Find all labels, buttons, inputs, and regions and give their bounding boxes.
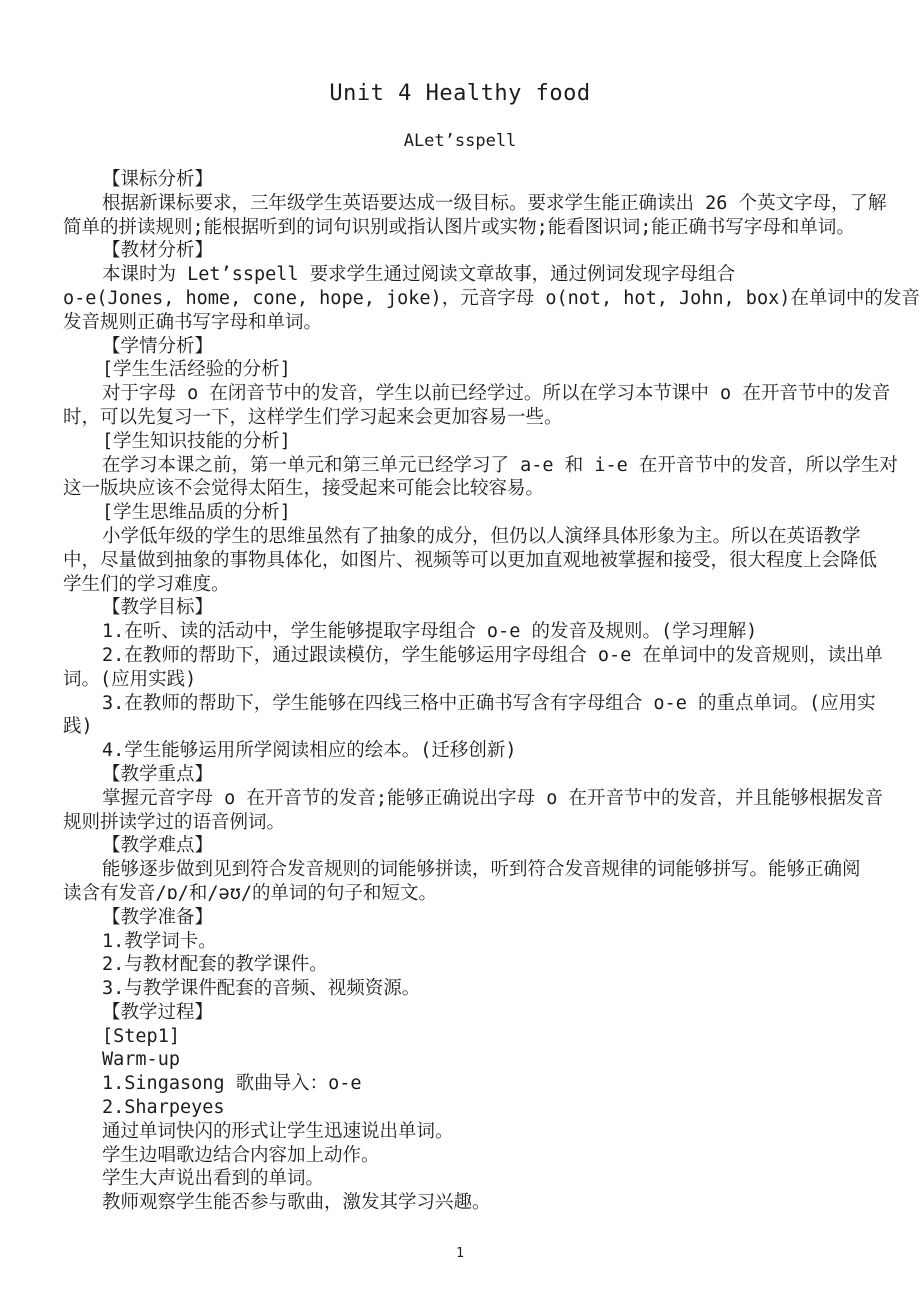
text-line: 2.在教师的帮助下，通过跟读模仿，学生能够运用字母组合 o-e 在单词中的发音规…	[63, 644, 857, 668]
document-subtitle: ALet’sspell	[0, 131, 920, 151]
subsection-header-line: [Step1]	[63, 1025, 857, 1049]
text-line: 教师观察学生能否参与歌曲，激发其学习兴趣。	[63, 1191, 857, 1215]
section-header-line: 【教学过程】	[63, 1001, 857, 1025]
section-header-line: 【教学准备】	[63, 906, 857, 930]
text-line: 3.在教师的帮助下，学生能够在四线三格中正确书写含有字母组合 o-e 的重点单词…	[63, 692, 857, 716]
section-header-line: 【学情分析】	[63, 335, 857, 359]
text-line: 时，可以先复习一下，这样学生们学习起来会更加容易一些。	[63, 406, 857, 430]
text-line: 能够逐步做到见到符合发音规则的词能够拼读，听到符合发音规律的词能够拼写。能够正确…	[63, 858, 857, 882]
text-line: 1.Singasong 歌曲导入：o-e	[63, 1072, 857, 1096]
section-header-line: 【教材分析】	[63, 239, 857, 263]
section-header-line: 【课标分析】	[63, 168, 857, 192]
text-line: 2.与教材配套的教学课件。	[63, 953, 857, 977]
text-line: 在学习本课之前，第一单元和第三单元已经学习了 a-e 和 i-e 在开音节中的发…	[63, 454, 857, 478]
section-header-line: 【教学难点】	[63, 834, 857, 858]
text-line: o-e(Jones, home, cone, hope, joke)，元音字母 …	[63, 287, 857, 311]
subsection-header-line: [学生生活经验的分析]	[63, 358, 857, 382]
text-line: 通过单词快闪的形式让学生迅速说出单词。	[63, 1120, 857, 1144]
text-line: Warm-up	[63, 1048, 857, 1072]
text-line: 1.在听、读的活动中，学生能够提取字母组合 o-e 的发音及规则。(学习理解)	[63, 620, 857, 644]
text-line: 词。(应用实践)	[63, 668, 857, 692]
text-line: 根据新课标要求，三年级学生英语要达成一级目标。要求学生能正确读出 26 个英文字…	[63, 192, 857, 216]
subsection-header-line: [学生思维品质的分析]	[63, 501, 857, 525]
text-line: 践)	[63, 715, 857, 739]
text-line: 规则拼读学过的语音例词。	[63, 811, 857, 835]
page-number: 1	[0, 1246, 920, 1261]
section-header-line: 【教学重点】	[63, 763, 857, 787]
text-line: 2.Sharpeyes	[63, 1096, 857, 1120]
text-line: 简单的拼读规则;能根据听到的词句识别或指认图片或实物;能看图识词;能正确书写字母…	[63, 216, 857, 240]
text-line: 小学低年级的学生的思维虽然有了抽象的成分，但仍以人演绎具体形象为主。所以在英语教…	[63, 525, 857, 549]
text-line: 4.学生能够运用所学阅读相应的绘本。(迁移创新)	[63, 739, 857, 763]
text-line: 本课时为 Let’sspell 要求学生通过阅读文章故事，通过例词发现字母组合	[63, 263, 857, 287]
text-line: 学生边唱歌边结合内容加上动作。	[63, 1144, 857, 1168]
document-page: Unit 4 Healthy food ALet’sspell 【课标分析】根据…	[0, 0, 920, 1302]
text-line: 3.与教学课件配套的音频、视频资源。	[63, 977, 857, 1001]
text-line: 1.教学词卡。	[63, 930, 857, 954]
text-line: 读含有发音/ɒ/和/əʊ/的单词的句子和短文。	[63, 882, 857, 906]
text-line: 掌握元音字母 o 在开音节的发音;能够正确说出字母 o 在开音节中的发音，并且能…	[63, 787, 857, 811]
subsection-header-line: [学生知识技能的分析]	[63, 430, 857, 454]
text-line: 这一版块应该不会觉得太陌生，接受起来可能会比较容易。	[63, 477, 857, 501]
text-line: 中，尽量做到抽象的事物具体化，如图片、视频等可以更加直观地被掌握和接受，很大程度…	[63, 549, 857, 573]
document-title: Unit 4 Healthy food	[0, 81, 920, 106]
text-line: 对于字母 o 在闭音节中的发音，学生以前已经学过。所以在学习本节课中 o 在开音…	[63, 382, 857, 406]
text-line: 学生们的学习难度。	[63, 573, 857, 597]
section-header-line: 【教学目标】	[63, 596, 857, 620]
text-line: 发音规则正确书写字母和单词。	[63, 311, 857, 335]
document-body: 【课标分析】根据新课标要求，三年级学生英语要达成一级目标。要求学生能正确读出 2…	[63, 168, 857, 1215]
text-line: 学生大声说出看到的单词。	[63, 1167, 857, 1191]
